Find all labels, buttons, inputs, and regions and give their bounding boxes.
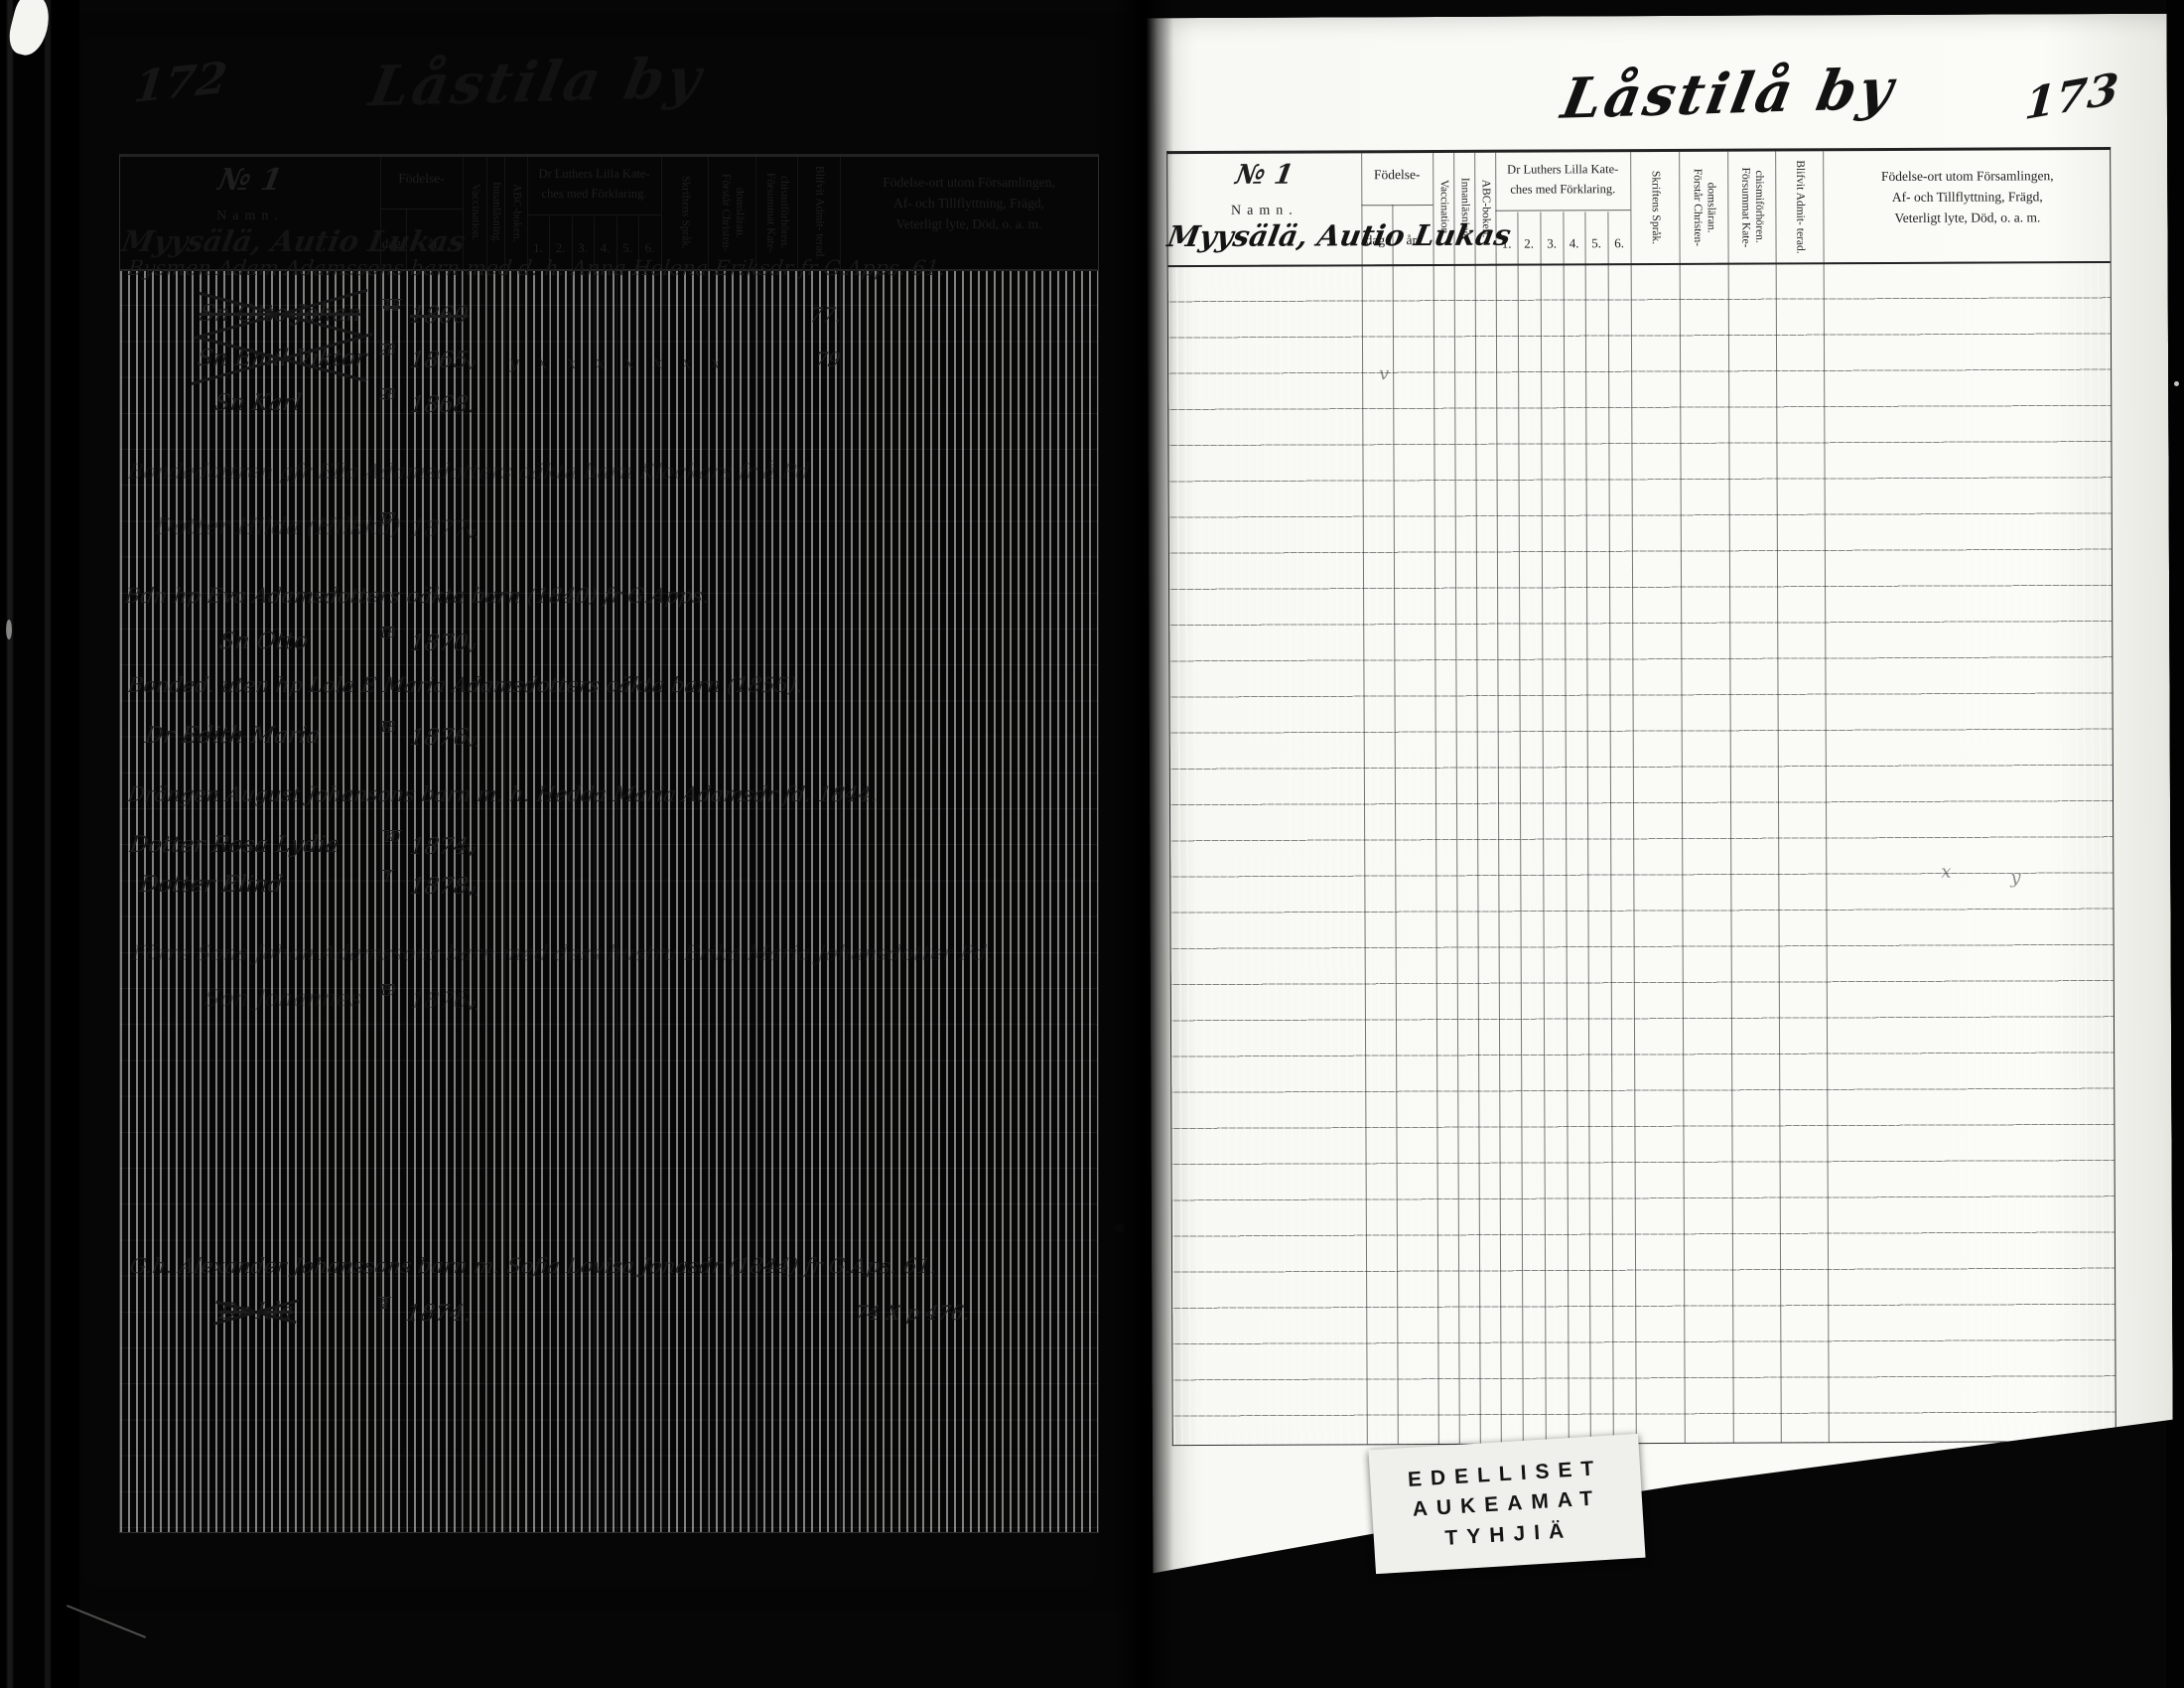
vaccination-mark: v. (466, 880, 479, 901)
column-header-forsummat: Försummat Kate- chismiförhören. (755, 161, 797, 264)
column-header-kat-6: 6. (1608, 235, 1631, 251)
entry-name: Dotter Rosa Lydia (128, 832, 341, 858)
entry-row: Bonded. uten hp Lola E Maria Adamsdotter… (120, 673, 1098, 709)
entry-name: Dotter Hilda (Hilkka) (153, 514, 402, 540)
entry-row: Förre Sons Johan Adamssons barn med dess… (120, 941, 1098, 977)
day-numerator: 17 (379, 512, 396, 526)
village-handwritten: Myysälä, Autio Lukas (1165, 218, 1514, 254)
gutter-shadow (1112, 0, 1173, 1688)
day-numerator: 15 (383, 299, 400, 313)
column-header-fodelse: Födelse- (380, 171, 463, 187)
entry-row: Sn Emil Viktor 283 1865 v y x x x x x x … (120, 346, 1098, 381)
vaccination-mark: v (466, 840, 476, 861)
entry-row: Son Johannes 195 1876. v. (120, 986, 1098, 1022)
entry-row: Bondedottren gfr Ella Adamsdotters oäkta… (120, 460, 1098, 495)
column-header-kat-5: 5. (1585, 235, 1608, 251)
entry-row: Dr Edith Maria 188 1876 v. (120, 723, 1098, 759)
birth-year: 1874. (404, 1301, 474, 1327)
column-header-innanlasning: Innanläsning. (486, 161, 504, 264)
admission-note: 79 (813, 348, 842, 371)
stray-mark: x (1941, 862, 1951, 883)
day-numerator: 28 (379, 388, 396, 402)
scan-speck (6, 620, 12, 639)
column-header-remarks: Födelse-ort utom Församlingen, Af- och T… (1831, 166, 2104, 229)
day-numerator: 4 (380, 1297, 389, 1311)
entry-name: Sn Emil Viktor (196, 346, 368, 371)
page-number: 172 (132, 53, 230, 112)
entry-name: Sn Karl (212, 390, 303, 416)
column-header-number: № 1 (117, 163, 383, 198)
column-header-abc-boken: ABC-boken. (504, 161, 527, 264)
entry-row: Sn Otto Johan 1512 1860 77. (120, 301, 1098, 337)
remarks-line: Veterligt lyte, Död, o. a. m. (845, 214, 1093, 235)
left-page: 172 Låstila by № 1 Namn. Myysälä, Autio … (77, 12, 1138, 1611)
birth-day: 71 (381, 870, 394, 885)
column-header-blifvit: Blifvit Admit- terad. (1775, 155, 1823, 258)
entry-name: Sn Otto Johan (198, 301, 362, 327)
birth-year: 1868. (408, 392, 478, 418)
ruled-rows (1168, 261, 2116, 1445)
vaccination-mark: v. (466, 731, 479, 752)
entry-name: Son Johannes (203, 986, 363, 1012)
birth-day: 42 (378, 1297, 391, 1312)
entry-row: Bdn hp Eva Adamsdotters oäkta barn (1840… (120, 584, 1098, 620)
entry-row: Dotter Hilda (Hilkka) 179 1877 v. (120, 514, 1098, 550)
column-header-kateches: ches med Förklaring. (529, 187, 659, 202)
birth-day: 283 (381, 388, 394, 403)
column-header-number: № 1 (1165, 159, 1364, 191)
grid-line (380, 209, 463, 210)
admission-note: 74 X p 476. (853, 1301, 971, 1325)
register-table: № 1 Namn. Myysälä, Autio Lukas Födelse- … (1166, 147, 2116, 1446)
page-number: 173 (2023, 64, 2120, 130)
vaccination-mark: v. (466, 994, 479, 1015)
entry-name: Förre Sons Johan Adamssons barn med dess… (130, 941, 995, 965)
entry-name: Dr Edith Maria (143, 723, 322, 749)
birth-day: 410 (381, 830, 402, 845)
entry-row: Drängen August Johansons barn m. h. Hedd… (120, 782, 1098, 818)
day-numerator: 28 (379, 344, 396, 357)
column-header-kat-1: 1. (527, 240, 549, 256)
column-header-kateches: Dr Luthers Lilla Kate- (1497, 162, 1628, 178)
day-numerator: 18 (379, 627, 396, 640)
entry-name: Bdn hp Eva Adamsdotters oäkta barn (1840… (123, 584, 711, 608)
column-header-kat-3: 3. (572, 240, 594, 256)
vaccination-mark: v. (466, 522, 479, 543)
birth-day: 183 (381, 627, 394, 641)
entry-name: Dotter Elind (138, 872, 284, 898)
stray-mark: y (2010, 867, 2020, 888)
film-edge (0, 0, 79, 1688)
column-header-namn: Namn. (120, 209, 380, 224)
column-header-forsummat: Försummat Kate- chismiförhören. (1727, 155, 1775, 258)
entry-row: Dotter Rosa Lydia 410 1874. v (120, 832, 1098, 868)
column-header-skriftens: Skriftens Språk. (661, 161, 708, 264)
vaccination-mark: v (466, 636, 476, 657)
entry-name: G.h. Alexander Johanssons barn m. Sofia … (128, 1254, 938, 1278)
column-header-vaccination: Vaccination. (463, 161, 486, 264)
entry-name: Dr Ida (217, 1299, 295, 1325)
entry-row: Sn Otto 183 1870 v (120, 629, 1098, 664)
remarks-line: Födelse-ort utom Församlingen, (1831, 166, 2104, 188)
birth-day: 1512 (381, 299, 402, 314)
birth-year: 1876 (408, 725, 470, 751)
village-handwritten: Myysälä, Autio Lukas (119, 224, 468, 258)
column-header-kat-5: 5. (616, 240, 638, 256)
birth-day: 179 (381, 512, 394, 527)
birth-year: 1865 (408, 348, 470, 373)
column-header-forstar: Förstår Christen- domsläran. (708, 161, 755, 264)
remarks-line: Veterligt lyte, Död, o. a. m. (1831, 208, 2104, 229)
remarks-line: Af- och Tillflyttning, Frägd, (1831, 187, 2104, 209)
remarks-line: Af- och Tillflyttning, Frägd, (845, 194, 1093, 214)
day-numerator: 19 (379, 984, 396, 998)
remarks-line: Födelse-ort utom Församlingen, (845, 173, 1093, 194)
scanned-register-spread: { "columns": { "no": "№ 1", "namn": "Nam… (0, 0, 2184, 1688)
column-header-remarks: Födelse-ort utom Församlingen, Af- och T… (845, 173, 1093, 235)
column-header-kat-2: 2. (1518, 236, 1541, 252)
birth-day: 195 (381, 984, 394, 999)
entry-row: G.h. Alexander Johanssons barn m. Sofia … (120, 1254, 1098, 1290)
grid-line (1361, 205, 1433, 206)
birth-year: 1860 (408, 303, 470, 329)
entry-row: Dotter Elind 71 1878. v. (120, 872, 1098, 908)
reading-marks: y x x x x x x x (509, 353, 728, 373)
day-numerator: 18 (379, 721, 396, 735)
entry-name: Bondedottren gfr Ella Adamsdotters oäkta… (126, 460, 811, 484)
column-header-blifvit: Blifvit Admit- terad. (797, 161, 840, 264)
entry-row: Bysmen Adam Adamssons barn med d. h. Ann… (120, 256, 1098, 292)
entry-name: Bonded. uten hp Lola E Maria Adamsdotter… (126, 673, 804, 697)
birth-year: 1877 (408, 516, 470, 542)
birth-day: 283 (381, 344, 394, 358)
vaccination-mark: v (466, 353, 476, 374)
entry-name: Bysmen Adam Adamssons barn med d. h. Ann… (126, 256, 947, 280)
grid-line (527, 214, 661, 215)
entry-row: Dr Ida 42 1874. 74 X p 476. (120, 1299, 1098, 1335)
register-table: № 1 Namn. Myysälä, Autio Lukas Födelse- … (119, 154, 1099, 1533)
column-header-forstar: Förstår Christen- domsläran. (1679, 156, 1727, 259)
entry-row: Sn Karl 283 1868. (120, 390, 1098, 426)
birth-day: 188 (381, 721, 394, 736)
column-header-skriftens: Skriftens Språk. (1630, 156, 1679, 259)
right-page: 173 Låstilå by № 1 Namn. Myysälä, Autio … (1147, 14, 2174, 1589)
column-header-kat-6: 6. (638, 240, 661, 256)
column-header-kat-3: 3. (1541, 235, 1564, 251)
scan-speck (2174, 381, 2179, 386)
admission-note: 77. (808, 303, 843, 327)
birth-year: 1870 (408, 631, 470, 656)
day-numerator: 7 (383, 870, 392, 884)
column-header-fodelse: Födelse- (1361, 167, 1433, 183)
page-title: Låstila by (364, 46, 709, 120)
column-header-kateches: Dr Luthers Lilla Kate- (529, 167, 659, 182)
empty-spread-label: EDELLISET AUKEAMAT TYHJIÄ (1368, 1434, 1645, 1575)
column-header-kateches: ches med Förklaring. (1497, 182, 1628, 198)
column-header-kat-4: 4. (594, 240, 616, 256)
entry-name: Sn Otto (217, 629, 310, 654)
stray-mark: v (1379, 363, 1389, 384)
column-header-kat-2: 2. (549, 240, 572, 256)
entry-name: Drängen August Johansons barn m. h. Hedd… (126, 782, 880, 806)
column-header-kat-4: 4. (1564, 235, 1585, 251)
column-header-namn: Namn. (1167, 203, 1361, 219)
page-title: Låstilå by (1557, 57, 1901, 132)
day-numerator: 4 (387, 830, 396, 844)
